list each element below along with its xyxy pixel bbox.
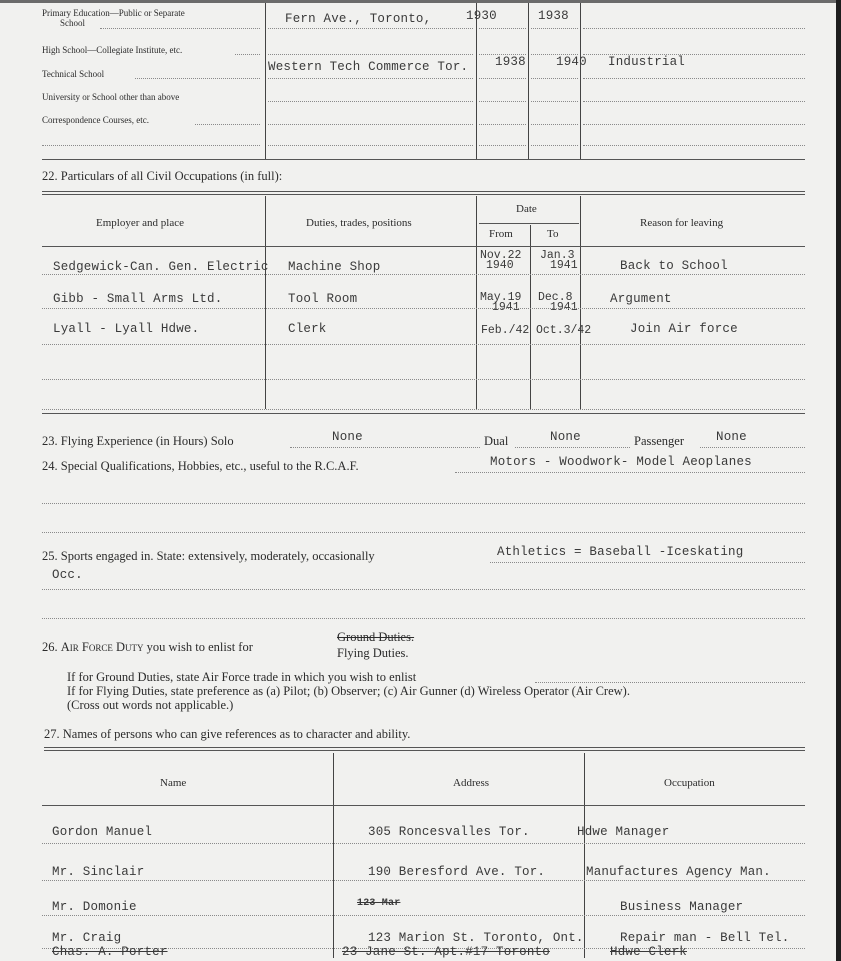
ref-address-1: 305 Roncesvalles Tor. [368, 825, 530, 839]
flying-dual-value: None [550, 430, 581, 444]
header-from: From [489, 228, 513, 240]
sports-label: 25. Sports engaged in. State: extensivel… [42, 549, 375, 564]
edu-label-university: University or School other than above [42, 92, 179, 102]
edu-primary-place: Fern Ave., Toronto, [285, 12, 431, 26]
occ-from-3: Feb./42 [481, 326, 529, 336]
ref-name-3: Mr. Domonie [52, 900, 137, 914]
ref-occupation-5: Hdwe Clerk [610, 945, 687, 959]
edu-primary-to: 1938 [538, 9, 569, 23]
occ-employer-3: Lyall - Lyall Hdwe. [53, 322, 199, 336]
references-title: 27. Names of persons who can give refere… [44, 727, 410, 742]
header-employer: Employer and place [96, 217, 184, 229]
divider [265, 3, 266, 159]
ref-name-4: Mr. Craig [52, 931, 121, 945]
occ-to-1b: 1941 [550, 261, 578, 271]
edu-primary-from: 1930 [466, 9, 497, 23]
duty-note: (Cross out words not applicable.) [67, 698, 233, 713]
flying-passenger-label: Passenger [634, 434, 684, 449]
header-duties: Duties, trades, positions [306, 217, 412, 229]
occ-reason-3: Join Air force [630, 322, 738, 336]
edu-technical-course: Industrial [608, 55, 685, 69]
edu-technical-place: Western Tech Commerce Tor. [268, 60, 468, 74]
ref-occupation-4: Repair man - Bell Tel. [620, 931, 789, 945]
occ-reason-2: Argument [610, 292, 672, 306]
edu-label-technical: Technical School [42, 69, 104, 79]
sports-value: Athletics = Baseball -Iceskating [497, 545, 743, 559]
ref-address-5: 23 Jane St. Apt.#17 Toronto [342, 945, 550, 959]
sports-extent: Occ. [52, 568, 83, 582]
document-page: Primary Education—Public or Separate Sch… [0, 3, 836, 961]
edu-technical-from: 1938 [495, 55, 526, 69]
occ-to-3: Oct.3/42 [536, 326, 591, 336]
occ-reason-1: Back to School [620, 259, 728, 273]
edu-technical-to: 1940 [556, 55, 587, 69]
ref-occupation-2: Manufactures Agency Man. [586, 865, 771, 879]
duty-label-caps: Air Force Duty [61, 640, 144, 654]
edu-label-primary: Primary Education—Public or Separate [42, 8, 185, 18]
duty-label-num: 26. [42, 640, 58, 654]
duty-label-rest: you wish to enlist for [147, 640, 253, 654]
edu-label-high: High School—Collegiate Institute, etc. [42, 45, 182, 55]
divider [528, 3, 529, 159]
duty-flying-line: If for Flying Duties, state preference a… [67, 684, 630, 699]
duty-label: 26. Air Force Duty you wish to enlist fo… [42, 640, 253, 655]
flying-passenger-value: None [716, 430, 747, 444]
header-address: Address [453, 777, 489, 789]
divider [580, 3, 581, 159]
ref-address-4: 123 Marion St. Toronto, Ont. [368, 931, 584, 945]
ref-address-3-struck: 123 Mar [357, 898, 400, 909]
ref-name-1: Gordon Manuel [52, 825, 152, 839]
flying-dual-label: Dual [484, 434, 508, 449]
flying-label: 23. Flying Experience (in Hours) Solo [42, 434, 234, 449]
occupations-title: 22. Particulars of all Civil Occupations… [42, 169, 282, 184]
ref-occupation-3: Business Manager [620, 900, 743, 914]
flying-solo-value: None [332, 430, 363, 444]
occ-duties-2: Tool Room [288, 292, 357, 306]
edu-label-correspondence: Correspondence Courses, etc. [42, 115, 149, 125]
qualifications-value: Motors - Woodwork- Model Aeoplanes [490, 455, 752, 469]
ref-name-2: Mr. Sinclair [52, 865, 144, 879]
header-occupation: Occupation [664, 777, 715, 789]
header-reason: Reason for leaving [640, 217, 723, 229]
occ-employer-2: Gibb - Small Arms Ltd. [53, 292, 222, 306]
occ-from-1b: 1940 [486, 261, 514, 271]
window-right-edge [836, 0, 841, 961]
divider [476, 3, 477, 159]
duty-option-ground: Ground Duties. [337, 630, 414, 645]
occ-duties-3: Clerk [288, 322, 327, 336]
qualifications-label: 24. Special Qualifications, Hobbies, etc… [42, 459, 359, 474]
header-to: To [547, 228, 558, 240]
occ-duties-1: Machine Shop [288, 260, 380, 274]
edu-label-primary-2: School [60, 18, 85, 28]
duty-ground-line: If for Ground Duties, state Air Force tr… [67, 670, 416, 685]
ref-occupation-1: Hdwe Manager [577, 825, 669, 839]
header-name: Name [160, 777, 186, 789]
occ-employer-1: Sedgewick-Can. Gen. Electric [53, 260, 269, 274]
ref-name-5: Chas. A. Porter [52, 945, 168, 959]
ref-address-2: 190 Beresford Ave. Tor. [368, 865, 545, 879]
duty-option-flying: Flying Duties. [337, 646, 409, 661]
header-date: Date [516, 203, 537, 215]
